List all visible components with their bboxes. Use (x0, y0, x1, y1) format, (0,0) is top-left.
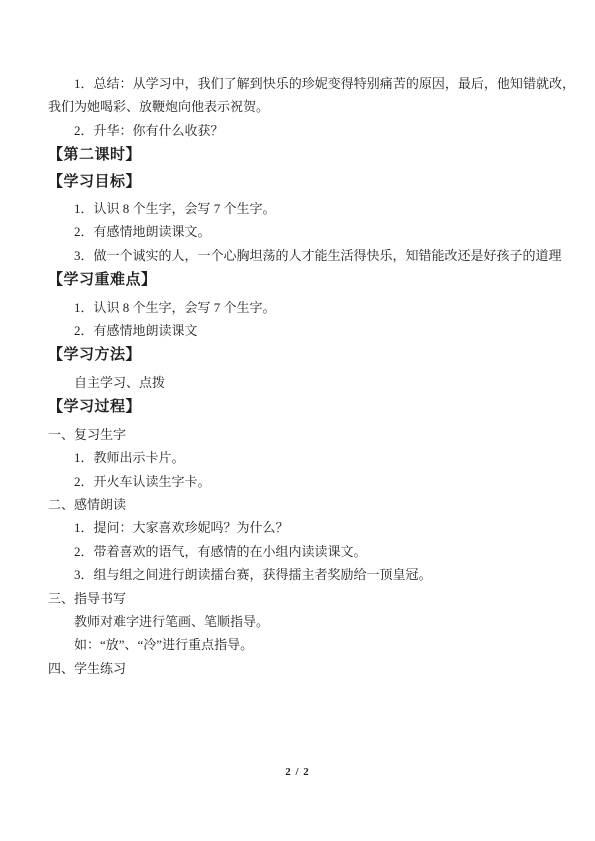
section-heading: 【第二课时】 (48, 144, 575, 167)
document-content: 1．总结：从学习中，我们了解到快乐的珍妮变得特别痛苦的原因，最后，他知错就改，我… (48, 72, 575, 680)
section-heading: 【学习目标】 (48, 171, 575, 194)
paragraph: 3．做一个诚实的人，一个心胸坦荡的人才能生活得快乐，知错能改还是好孩子的道理 (48, 244, 575, 267)
paragraph: 一、复习生字 (48, 423, 575, 446)
paragraph: 1．总结：从学习中，我们了解到快乐的珍妮变得特别痛苦的原因，最后，他知错就改，我… (48, 72, 575, 119)
paragraph: 二、感情朗读 (48, 493, 575, 516)
page-number: 2 / 2 (0, 766, 595, 778)
paragraph: 3．组与组之间进行朗读擂台赛，获得擂主者奖励给一顶皇冠。 (48, 563, 575, 586)
paragraph: 2．升华：你有什么收获？ (48, 119, 575, 142)
paragraph: 1．认识 8 个生字，会写 7 个生字。 (48, 197, 575, 220)
paragraph: 1．提问：大家喜欢珍妮吗？为什么？ (48, 516, 575, 539)
paragraph: 1．教师出示卡片。 (48, 446, 575, 469)
paragraph: 教师对难字进行笔画、笔顺指导。 (48, 610, 575, 633)
section-heading: 【学习方法】 (48, 344, 575, 367)
document-page: 1．总结：从学习中，我们了解到快乐的珍妮变得特别痛苦的原因，最后，他知错就改，我… (0, 0, 595, 841)
section-heading: 【学习过程】 (48, 396, 575, 419)
section-heading: 【学习重难点】 (48, 269, 575, 292)
paragraph: 三、指导书写 (48, 587, 575, 610)
paragraph: 自主学习、点拨 (48, 371, 575, 394)
paragraph: 四、学生练习 (48, 657, 575, 680)
paragraph: 1．认识 8 个生字，会写 7 个生字。 (48, 296, 575, 319)
paragraph: 2．有感情地朗读课文 (48, 319, 575, 342)
paragraph: 2．带着喜欢的语气，有感情的在小组内读读课文。 (48, 540, 575, 563)
paragraph: 如：“放”、“冷”进行重点指导。 (48, 633, 575, 656)
paragraph: 2．有感情地朗读课文。 (48, 220, 575, 243)
paragraph: 2．开火车认读生字卡。 (48, 470, 575, 493)
